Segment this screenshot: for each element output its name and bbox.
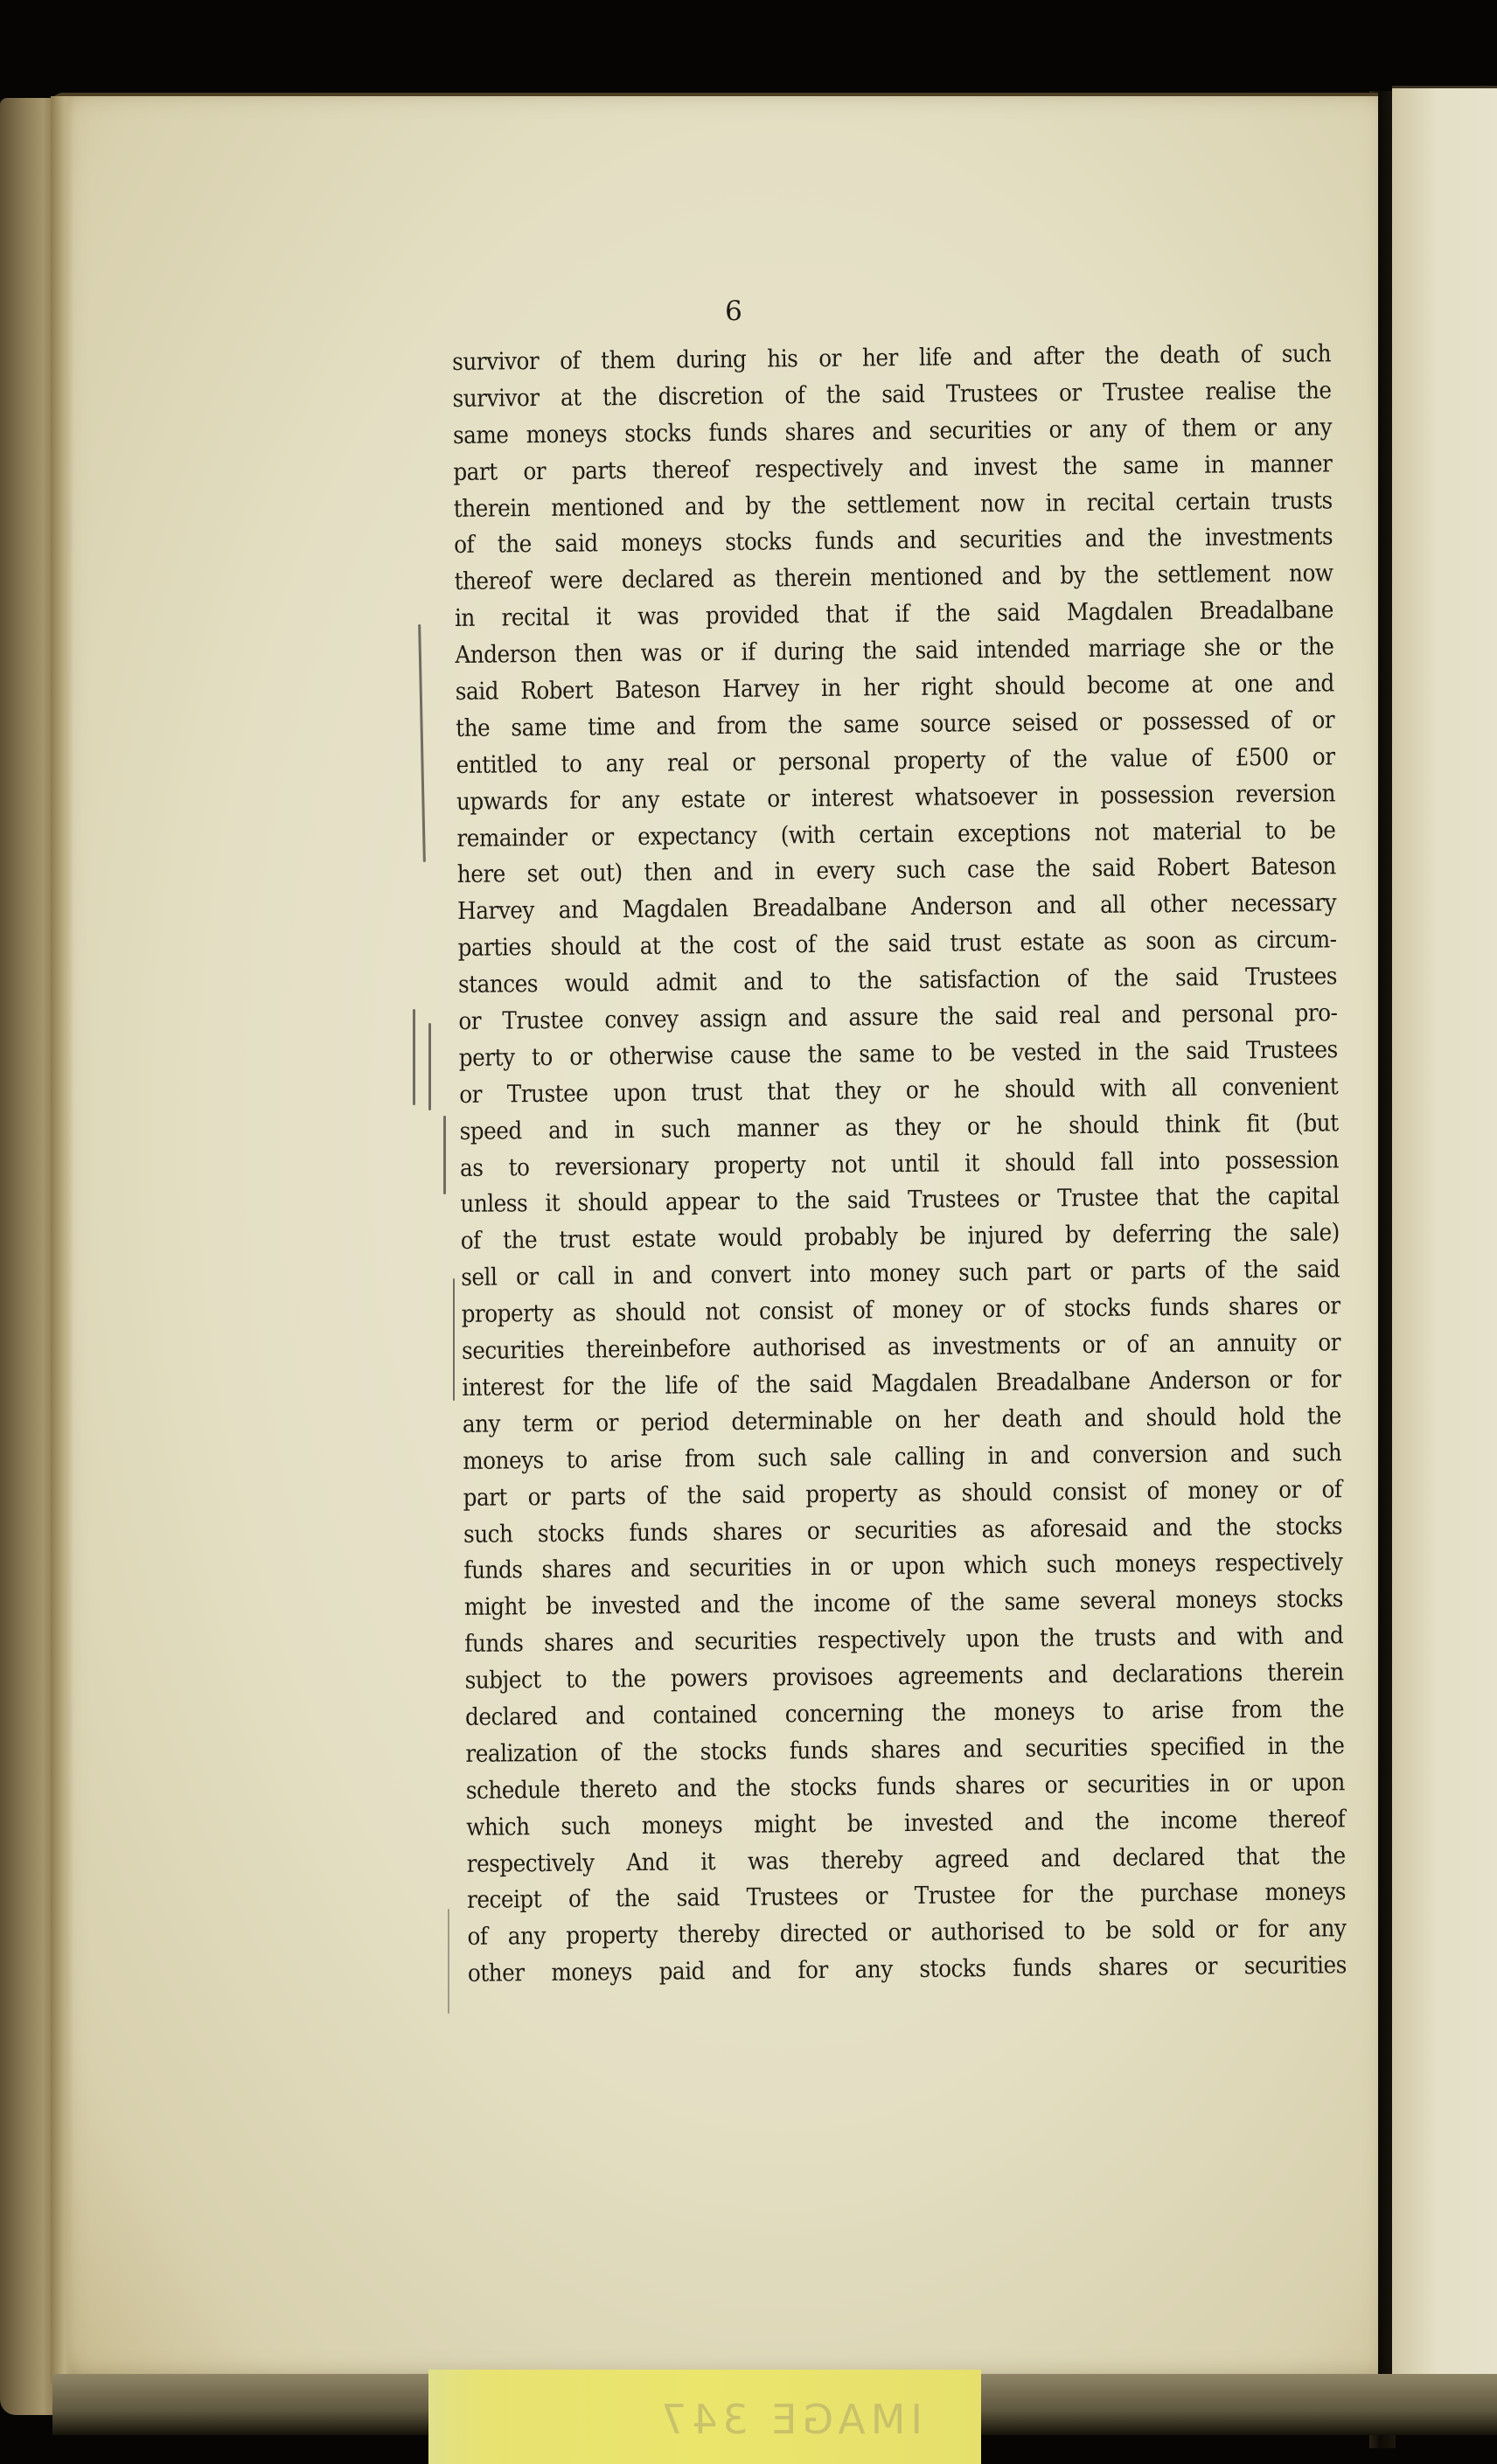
label-slip-text: IMAGE 347	[656, 2396, 923, 2443]
pencil-margin-mark	[443, 1116, 446, 1194]
page-number: 6	[0, 296, 1482, 327]
pencil-margin-mark	[413, 1009, 415, 1105]
yellow-label-slip: IMAGE 347	[428, 2370, 981, 2464]
adjacent-page-edge	[1392, 86, 1497, 2379]
torn-page-bottom-right	[981, 2374, 1497, 2435]
pencil-margin-mark	[428, 1023, 431, 1110]
pencil-margin-mark	[453, 1278, 455, 1401]
torn-page-bottom-left	[52, 2374, 428, 2435]
body-text: survivor of them during his or her life …	[452, 336, 1347, 1993]
page-stained-edge	[51, 96, 73, 2384]
pencil-margin-mark	[448, 1909, 449, 2014]
